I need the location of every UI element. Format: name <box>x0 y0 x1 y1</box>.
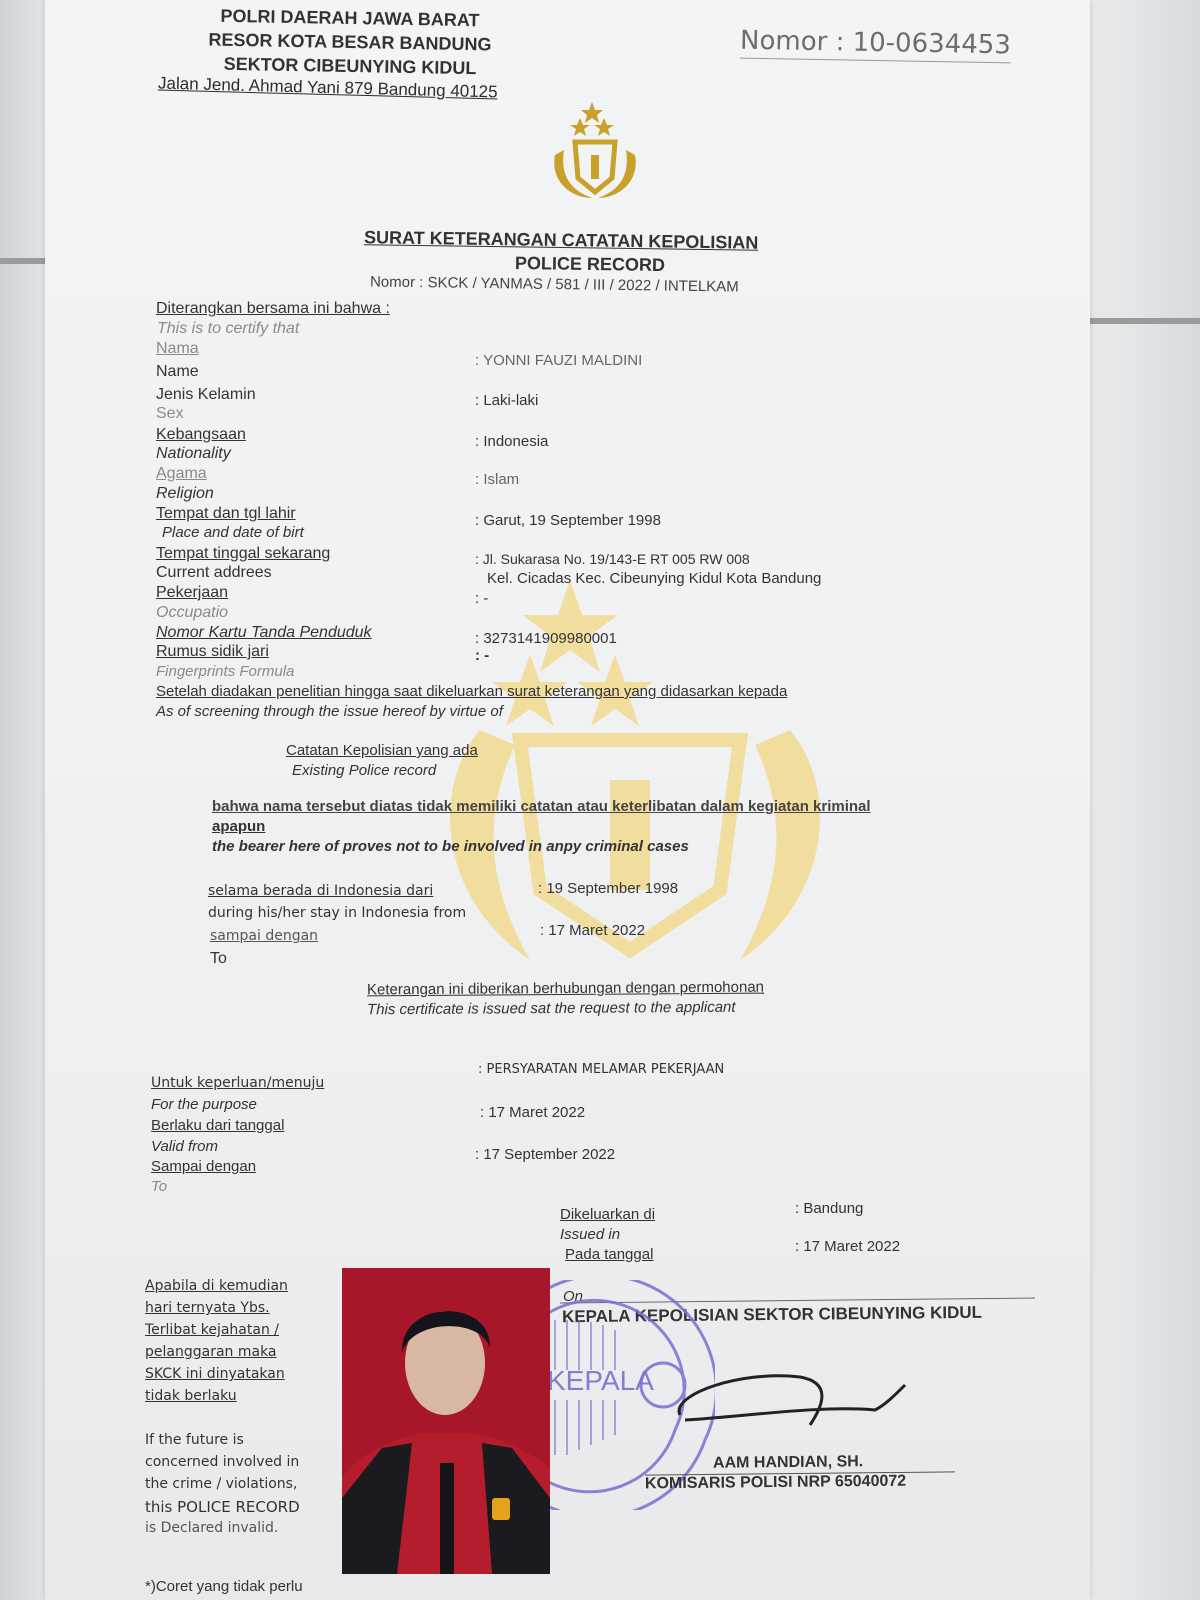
statement-en: the bearer here of proves not to be invo… <box>212 838 689 855</box>
record-en: Existing Police record <box>292 762 436 779</box>
field-address-label-en: Current addrees <box>156 564 272 582</box>
purpose-label-id: Untuk keperluan/menuju <box>151 1075 324 1091</box>
valid-from-label-en: Valid from <box>151 1138 218 1155</box>
warning-id-3: Terlibat kejahatan / <box>145 1322 279 1338</box>
field-nationality-label-id: Kebangsaan <box>156 426 246 444</box>
police-emblem-icon <box>540 100 650 200</box>
field-occupation-label-id: Pekerjaan <box>156 584 228 602</box>
issued-date-label-id: Pada tanggal <box>565 1246 653 1263</box>
field-address-label-id: Tempat tinggal sekarang <box>156 545 330 563</box>
field-name-value: : YONNI FAUZI MALDINI <box>475 352 642 369</box>
serial-number: Nomor : 10-0634453 <box>740 26 1011 64</box>
field-birth-label-id: Tempat dan tgl lahir <box>156 505 296 523</box>
statement-id-line-1: bahwa nama tersebut diatas tidak memilik… <box>212 798 871 815</box>
warning-id-2: hari ternyata Ybs. <box>145 1300 270 1316</box>
warning-id-1: Apabila di kemudian <box>145 1278 288 1294</box>
valid-from-value: : 17 Maret 2022 <box>480 1104 585 1121</box>
field-fingerprint-label-id: Rumus sidik jari <box>156 643 269 661</box>
warning-en-3: the crime / violations, <box>145 1476 297 1492</box>
document-subtitle: POLICE RECORD <box>515 253 665 276</box>
issued-place-label-id: Dikeluarkan di <box>560 1206 655 1223</box>
warning-en-4: this POLICE RECORD <box>145 1498 300 1516</box>
warning-en-5: is Declared invalid. <box>145 1520 278 1536</box>
valid-to-label-en: To <box>151 1178 167 1195</box>
valid-from-label-id: Berlaku dari tanggal <box>151 1117 284 1134</box>
purpose-label-en: For the purpose <box>151 1096 257 1113</box>
signature <box>660 1365 930 1440</box>
field-birth-value: : Garut, 19 September 1998 <box>475 512 661 529</box>
field-religion-value: : Islam <box>475 471 519 488</box>
warning-id-6: tidak berlaku <box>145 1388 237 1404</box>
stay-to-id: sampai dengan <box>210 928 318 944</box>
purpose-value: : PERSYARATAN MELAMAR PEKERJAAN <box>478 1062 724 1077</box>
issued-place-label-en: Issued in <box>560 1226 620 1243</box>
field-name-label-en: Name <box>156 363 199 381</box>
signatory-name: AAM HANDIAN, SH. <box>713 1453 863 1473</box>
signatory-rank: KOMISARIS POLISI NRP 65040072 <box>645 1473 906 1494</box>
valid-to-value: : 17 September 2022 <box>475 1146 615 1163</box>
field-nationality-value: : Indonesia <box>475 433 548 450</box>
field-fingerprint-value: : - <box>475 647 489 664</box>
field-name-label-id: Nama <box>156 340 199 358</box>
wall-seam-right <box>1090 318 1200 324</box>
field-address-value-2: Kel. Cicadas Kec. Cibeunying Kidul Kota … <box>487 570 821 587</box>
screening-en: As of screening through the issue hereof… <box>156 703 503 720</box>
applicant-photo <box>342 1268 550 1574</box>
wall-seam-left <box>0 258 48 264</box>
warning-id-5: SKCK ini dinyatakan <box>145 1366 285 1382</box>
field-id-card-value: : 3273141909980001 <box>475 630 617 647</box>
warning-en-2: concerned involved in <box>145 1454 299 1470</box>
field-sex-label-id: Jenis Kelamin <box>156 386 256 404</box>
field-fingerprint-label-en: Fingerprints Formula <box>156 663 294 680</box>
stay-from-value: : 19 September 1998 <box>538 880 678 897</box>
stay-from-en: during his/her stay in Indonesia from <box>208 905 466 921</box>
stay-to-en: To <box>210 950 227 968</box>
field-address-value-1: : Jl. Sukarasa No. 19/143-E RT 005 RW 00… <box>475 551 750 567</box>
issued-note-id: Keterangan ini diberikan berhubungan den… <box>367 979 764 999</box>
field-religion-label-id: Agama <box>156 465 207 483</box>
field-occupation-label-en: Occupatio <box>156 604 228 622</box>
field-id-card-label: Nomor Kartu Tanda Penduduk <box>156 624 372 642</box>
stay-to-value: : 17 Maret 2022 <box>540 922 645 939</box>
field-nationality-label-en: Nationality <box>156 445 231 463</box>
field-occupation-value: : - <box>475 590 488 607</box>
intro-id: Diterangkan bersama ini bahwa : <box>156 300 390 318</box>
svg-text:KEPALA: KEPALA <box>547 1365 654 1396</box>
field-religion-label-en: Religion <box>156 485 214 503</box>
record-id: Catatan Kepolisian yang ada <box>286 742 478 759</box>
issued-note-en: This certificate is issued sat the reque… <box>367 999 736 1019</box>
field-sex-value: : Laki-laki <box>475 392 538 409</box>
intro-en: This is to certify that <box>157 320 299 338</box>
issued-date-value: : 17 Maret 2022 <box>795 1238 900 1255</box>
field-birth-label-en: Place and date of birt <box>162 524 304 541</box>
statement-id-line-2: apapun <box>212 818 265 835</box>
valid-to-label-id: Sampai dengan <box>151 1158 256 1175</box>
stay-from-id: selama berada di Indonesia dari <box>208 883 433 899</box>
screening-id: Setelah diadakan penelitian hingga saat … <box>156 683 787 700</box>
issued-place-value: : Bandung <box>795 1200 863 1217</box>
footnote: *)Coret yang tidak perlu <box>145 1578 303 1595</box>
warning-en-1: If the future is <box>145 1432 244 1448</box>
warning-id-4: pelanggaran maka <box>145 1344 277 1360</box>
field-sex-label-en: Sex <box>156 405 184 423</box>
